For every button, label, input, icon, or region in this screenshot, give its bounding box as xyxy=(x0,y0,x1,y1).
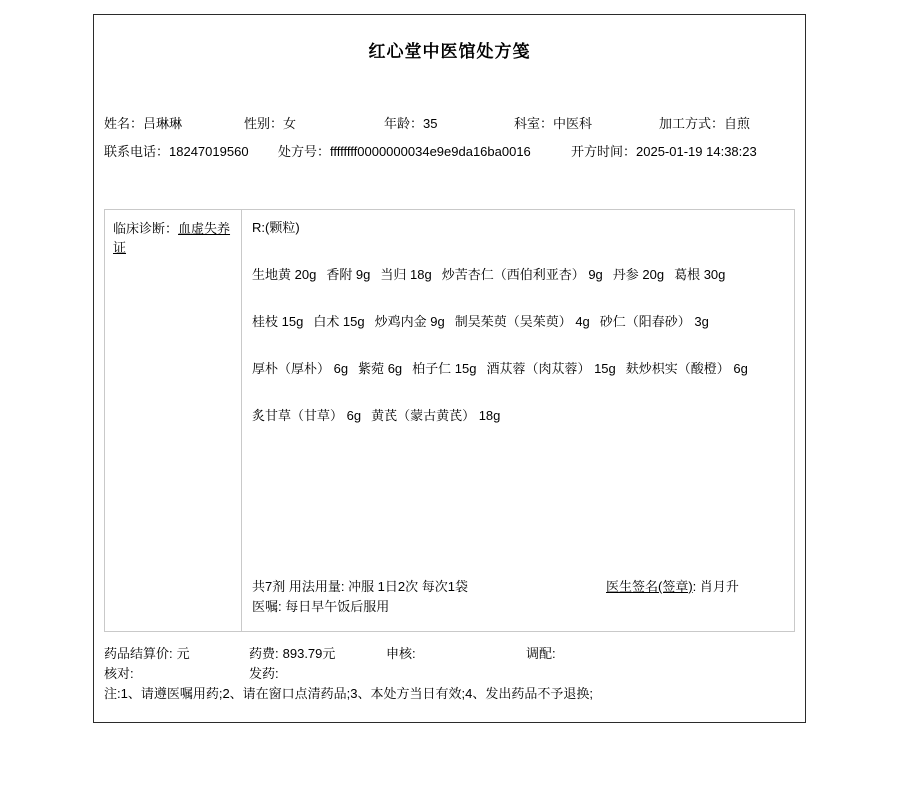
advice-line: 医嘱: 每日早午饭后服用 xyxy=(252,597,468,617)
herb-item: 紫菀 6g xyxy=(358,361,402,376)
herb-item: 葛根 30g xyxy=(674,267,725,282)
rx-time-label: 开方时间： xyxy=(571,144,636,159)
herb-item: 厚朴（厚朴） 6g xyxy=(252,361,348,376)
prescription-document: 红心堂中医馆处方笺 姓名：吕琳琳 性别：女 年龄：35 科室：中医科 加工方式：… xyxy=(93,14,806,723)
patient-age-field: 年龄：35 xyxy=(384,115,514,133)
usage-line: 共7剂 用法用量: 冲服 1日2次 每次1袋 xyxy=(252,577,468,597)
herb-item: 丹参 20g xyxy=(613,267,664,282)
herb-item: 炙甘草（甘草） 6g xyxy=(252,408,361,423)
settle-price-label: 药品结算价: xyxy=(104,646,173,661)
rx-content-cell: R:(颗粒) 生地黄 20g香附 9g当归 18g炒苦杏仁（西伯利亚杏） 9g丹… xyxy=(242,210,794,631)
medicine-fee-field: 药费:893.79元 xyxy=(249,644,386,664)
doctor-signature-block: 医生签名(签章): 肖月升 xyxy=(606,577,756,597)
processing-method-label: 加工方式： xyxy=(659,116,724,131)
phone-value: 18247019560 xyxy=(169,144,249,159)
doctor-signature-label: 医生签名(签章) xyxy=(606,579,693,594)
medicine-fee-label: 药费: xyxy=(249,646,279,661)
herb-item: 白术 15g xyxy=(313,314,364,329)
herb-item: 麸炒枳实（酸橙） 6g xyxy=(626,361,748,376)
herb-row: 炙甘草（甘草） 6g黄芪（蒙古黄芪） 18g xyxy=(252,407,784,425)
review-field: 申核: xyxy=(386,644,526,664)
herb-item: 香附 9g xyxy=(326,267,370,282)
footer-note: 注:1、请遵医嘱用药;2、请在窗口点清药品;3、本处方当日有效;4、发出药品不予… xyxy=(104,684,795,704)
diagnosis-cell: 临床诊断：血虚失养证 xyxy=(105,210,242,631)
herb-item: 制吴茱萸（吴茱萸） 4g xyxy=(455,314,590,329)
herb-item: 酒苁蓉（肉苁蓉） 15g xyxy=(486,361,615,376)
patient-info-row-1: 姓名：吕琳琳 性别：女 年龄：35 科室：中医科 加工方式：自煎 xyxy=(104,115,795,133)
prescription-table: 临床诊断：血虚失养证 R:(颗粒) 生地黄 20g香附 9g当归 18g炒苦杏仁… xyxy=(104,209,795,632)
issue-field: 发药: xyxy=(249,664,795,684)
settle-price-value: 元 xyxy=(177,646,190,661)
herb-item: 柏子仁 15g xyxy=(412,361,476,376)
rx-number-field: 处方号：ffffffff0000000034e9e9da16ba0016 xyxy=(278,143,571,161)
herb-rows: 生地黄 20g香附 9g当归 18g炒苦杏仁（西伯利亚杏） 9g丹参 20g葛根… xyxy=(252,237,784,425)
footer-row-2: 核对: 发药: xyxy=(104,664,795,684)
diagnosis-label: 临床诊断： xyxy=(113,221,178,236)
herb-item: 砂仁（阳春砂） 3g xyxy=(600,314,709,329)
patient-age-value: 35 xyxy=(423,116,437,131)
usage-block: 共7剂 用法用量: 冲服 1日2次 每次1袋 医嘱: 每日早午饭后服用 xyxy=(252,577,468,617)
doctor-signature-value: : 肖月升 xyxy=(693,579,739,594)
rx-time-field: 开方时间：2025-01-19 14:38:23 xyxy=(571,143,757,161)
rx-number-value: ffffffff0000000034e9e9da16ba0016 xyxy=(330,144,531,159)
herb-item: 桂枝 15g xyxy=(252,314,303,329)
medicine-fee-value: 893.79元 xyxy=(283,646,336,661)
rx-bottom-row: 共7剂 用法用量: 冲服 1日2次 每次1袋 医嘱: 每日早午饭后服用 医生签名… xyxy=(252,577,784,617)
patient-gender-field: 性别：女 xyxy=(244,115,384,133)
herb-row: 桂枝 15g白术 15g炒鸡内金 9g制吴茱萸（吴茱萸） 4g砂仁（阳春砂） 3… xyxy=(252,313,784,331)
check-field: 核对: xyxy=(104,664,249,684)
herb-row: 生地黄 20g香附 9g当归 18g炒苦杏仁（西伯利亚杏） 9g丹参 20g葛根… xyxy=(252,266,784,284)
dispense-field: 调配: xyxy=(526,644,795,664)
department-value: 中医科 xyxy=(553,116,592,131)
patient-info-row-2: 联系电话：18247019560 处方号：ffffffff0000000034e… xyxy=(104,143,795,161)
department-field: 科室：中医科 xyxy=(514,115,659,133)
patient-age-label: 年龄： xyxy=(384,116,423,131)
herb-item: 炒苦杏仁（西伯利亚杏） 9g xyxy=(442,267,603,282)
herb-item: 生地黄 20g xyxy=(252,267,316,282)
patient-name-field: 姓名：吕琳琳 xyxy=(104,115,244,133)
settle-price-field: 药品结算价:元 xyxy=(104,644,249,664)
patient-name-value: 吕琳琳 xyxy=(143,116,182,131)
footer-row-1: 药品结算价:元 药费:893.79元 申核: 调配: xyxy=(104,644,795,664)
herb-row: 厚朴（厚朴） 6g紫菀 6g柏子仁 15g酒苁蓉（肉苁蓉） 15g麸炒枳实（酸橙… xyxy=(252,360,784,378)
rx-number-label: 处方号： xyxy=(278,144,330,159)
page-title: 红心堂中医馆处方笺 xyxy=(94,37,805,62)
phone-label: 联系电话： xyxy=(104,144,169,159)
herb-item: 黄芪（蒙古黄芪） 18g xyxy=(371,408,500,423)
herb-item: 炒鸡内金 9g xyxy=(375,314,445,329)
rx-time-value: 2025-01-19 14:38:23 xyxy=(636,144,757,159)
department-label: 科室： xyxy=(514,116,553,131)
processing-method-value: 自煎 xyxy=(724,116,750,131)
herb-item: 当归 18g xyxy=(380,267,431,282)
footer-section: 药品结算价:元 药费:893.79元 申核: 调配: 核对: 发药: 注:1、请… xyxy=(104,644,795,704)
rx-header: R:(颗粒) xyxy=(252,219,784,237)
patient-gender-value: 女 xyxy=(283,116,296,131)
patient-name-label: 姓名： xyxy=(104,116,143,131)
processing-method-field: 加工方式：自煎 xyxy=(659,115,795,133)
patient-gender-label: 性别： xyxy=(244,116,283,131)
phone-field: 联系电话：18247019560 xyxy=(104,143,278,161)
